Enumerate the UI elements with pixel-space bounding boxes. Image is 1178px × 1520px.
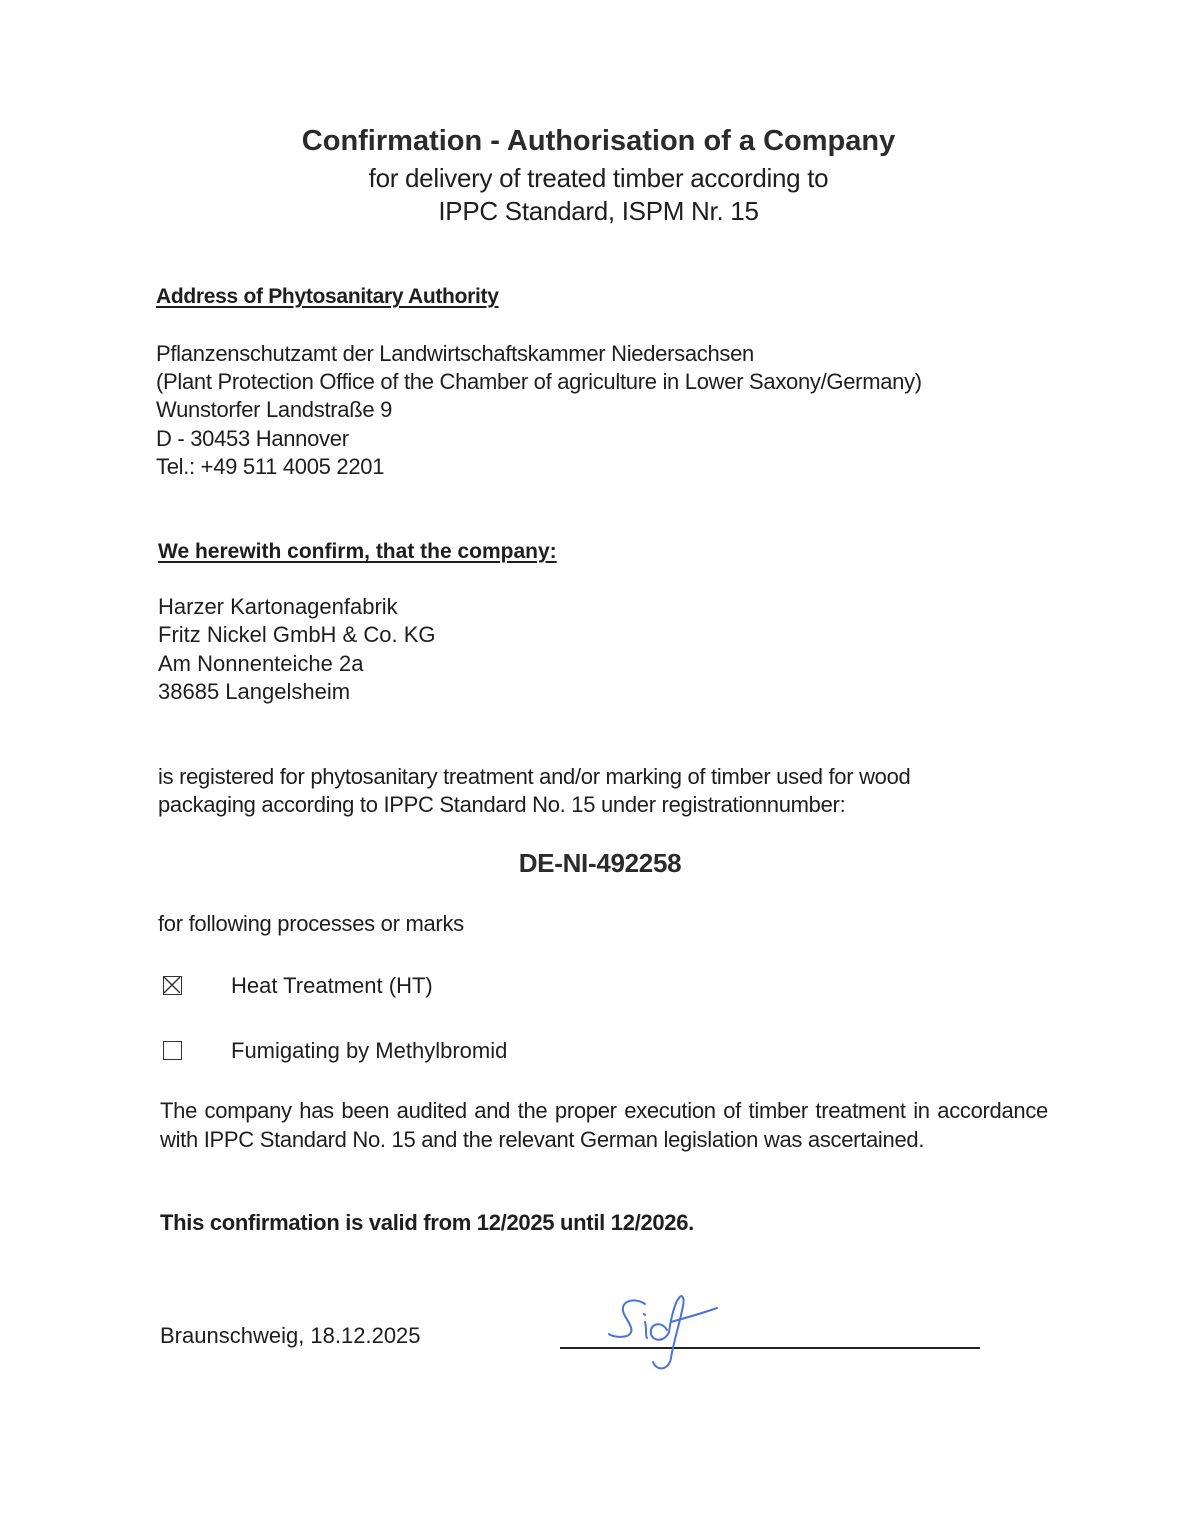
document-subtitle-line-1: for delivery of treated timber according…	[0, 163, 1178, 194]
checkmark-x-icon	[164, 977, 180, 993]
authority-line: (Plant Protection Office of the Chamber …	[156, 368, 922, 397]
checkbox-fumigating[interactable]	[163, 1041, 182, 1060]
registration-text-line-1: is registered for phytosanitary treatmen…	[158, 763, 910, 792]
document-title: Confirmation - Authorisation of a Compan…	[0, 125, 1178, 158]
registration-number: DE-NI-492258	[0, 848, 1178, 879]
company-line: Harzer Kartonagenfabrik	[158, 593, 398, 622]
document-subtitle-line-2: IPPC Standard, ISPM Nr. 15	[0, 196, 1178, 227]
authority-line: Pflanzenschutzamt der Landwirtschaftskam…	[156, 340, 754, 369]
checkbox-heat-treatment[interactable]	[163, 976, 182, 995]
handwritten-signature-icon	[605, 1292, 735, 1377]
signature	[605, 1292, 735, 1382]
process-label: Fumigating by Methylbromid	[231, 1037, 507, 1066]
company-line: Am Nonnenteiche 2a	[158, 650, 363, 679]
audit-statement: The company has been audited and the pro…	[160, 1097, 1048, 1154]
place-date: Braunschweig, 18.12.2025	[160, 1322, 421, 1351]
company-line: Fritz Nickel GmbH & Co. KG	[158, 621, 435, 650]
process-label: Heat Treatment (HT)	[231, 972, 433, 1001]
authority-line: Wunstorfer Landstraße 9	[156, 396, 392, 425]
authority-heading: Address of Phytosanitary Authority	[156, 285, 499, 309]
authority-line: D - 30453 Hannover	[156, 425, 349, 454]
registration-text-line-2: packaging according to IPPC Standard No.…	[158, 791, 845, 820]
validity-statement: This confirmation is valid from 12/2025 …	[160, 1210, 694, 1236]
authority-phone: Tel.: +49 511 4005 2201	[156, 453, 384, 482]
company-heading: We herewith confirm, that the company:	[158, 540, 557, 564]
company-line: 38685 Langelsheim	[158, 678, 350, 707]
processes-intro: for following processes or marks	[158, 910, 464, 939]
